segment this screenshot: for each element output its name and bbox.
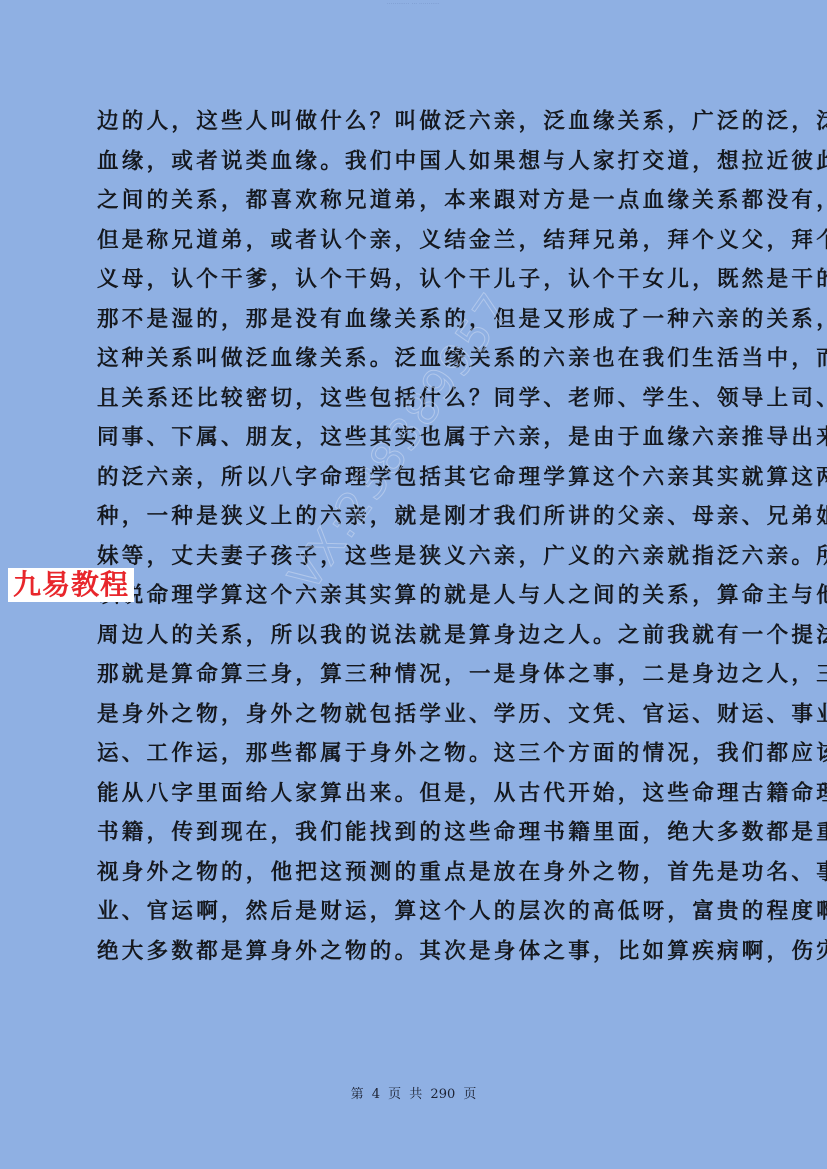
text-line: 那不是湿的，那是没有血缘关系的，但是又形成了一种六亲的关系，	[97, 304, 737, 344]
text-line: 边的人，这些人叫做什么？叫做泛六亲，泛血缘关系，广泛的泛，泛	[97, 106, 737, 146]
text-line: 这种关系叫做泛血缘关系。泛血缘关系的六亲也在我们生活当中，而	[97, 343, 737, 383]
text-line: 运、工作运，那些都属于身外之物。这三个方面的情况，我们都应该	[97, 738, 737, 778]
text-line: 绝大多数都是算身外之物的。其次是身体之事，比如算疾病啊，伤灾	[97, 936, 737, 976]
text-line: 同事、下属、朋友，这些其实也属于六亲，是由于血缘六亲推导出来	[97, 422, 737, 462]
text-line: 那就是算命算三身，算三种情况，一是身体之事，二是身边之人，三	[97, 659, 737, 699]
text-line: 种，一种是狭义上的六亲，就是刚才我们所讲的父亲、母亲、兄弟姐	[97, 501, 737, 541]
text-line: 视身外之物的，他把这预测的重点是放在身外之物，首先是功名、事	[97, 857, 737, 897]
text-line: 书籍，传到现在，我们能找到的这些命理书籍里面，绝大多数都是重	[97, 817, 737, 857]
text-line: 业、官运啊，然后是财运，算这个人的层次的高低呀，富贵的程度啊，	[97, 896, 737, 936]
text-line: 周边人的关系，所以我的说法就是算身边之人。之前我就有一个提法，	[97, 620, 737, 660]
text-line: 且关系还比较密切，这些包括什么？同学、老师、学生、领导上司、	[97, 383, 737, 423]
text-line: 能从八字里面给人家算出来。但是，从古代开始，这些命理古籍命理	[97, 778, 737, 818]
text-line: 但是称兄道弟，或者认个亲，义结金兰，结拜兄弟，拜个义父，拜个	[97, 225, 737, 265]
document-body: 边的人，这些人叫做什么？叫做泛六亲，泛血缘关系，广泛的泛，泛 血缘，或者说类血缘…	[97, 106, 737, 975]
text-line: 血缘，或者说类血缘。我们中国人如果想与人家打交道，想拉近彼此	[97, 146, 737, 186]
text-line: 是身外之物，身外之物就包括学业、学历、文凭、官运、财运、事业	[97, 699, 737, 739]
brand-badge: 九易教程	[8, 568, 134, 602]
text-line: 义母，认个干爹，认个干妈，认个干儿子，认个干女儿，既然是干的，	[97, 264, 737, 304]
text-line: 之间的关系，都喜欢称兄道弟，本来跟对方是一点血缘关系都没有，	[97, 185, 737, 225]
page-footer: 第 4 页 共 290 页	[0, 1083, 827, 1102]
text-line: 以说命理学算这个六亲其实算的就是人与人之间的关系，算命主与他	[97, 580, 737, 620]
text-line: 的泛六亲，所以八字命理学包括其它命理学算这个六亲其实就算这两	[97, 462, 737, 502]
text-line: 妹等，丈夫妻子孩子，这些是狭义六亲，广义的六亲就指泛六亲。所	[97, 541, 737, 581]
page-header: ············ ··· ···········	[0, 1, 827, 7]
